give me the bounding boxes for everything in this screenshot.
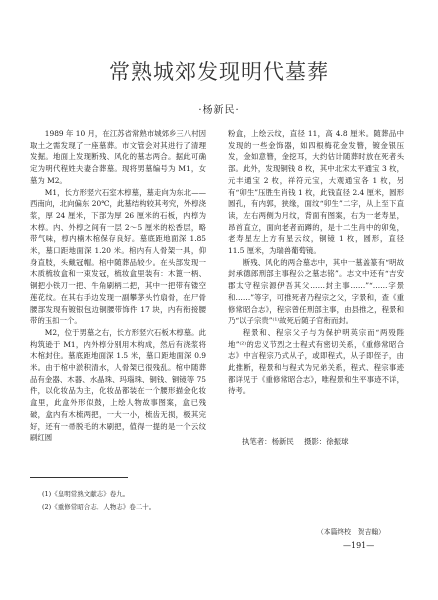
footnote: (1)《皇明常熟文献志》卷九。 bbox=[42, 488, 155, 501]
left-column: 1989 年 10 月，在江苏省常熟市城郊乡三八村因取土之需发现了一座墓葬。市文… bbox=[30, 128, 206, 444]
footnote-divider bbox=[30, 477, 128, 478]
page-number: —191— bbox=[343, 541, 374, 550]
credits-line: 执笔者：杨新民 摄影：徐振球 bbox=[242, 436, 348, 447]
writer-credit: 执笔者：杨新民 bbox=[242, 437, 294, 446]
photographer-credit: 摄影：徐振球 bbox=[304, 437, 348, 446]
paragraph: 断残、风化的两合墓志中，其中一墓盖篆有“明故封承德郎刑部主事程公之墓志铭”。志文… bbox=[228, 257, 404, 327]
article-author: ·杨新民· bbox=[0, 101, 438, 116]
paragraph: M1，长方形竖穴石室木椁墓，墓走向为东北——西南向，北向偏东 20℃，此墓结构较… bbox=[30, 187, 206, 327]
footnotes: (1)《皇明常熟文献志》卷九。 (2)《重修常昭合志．人物志》卷二十。 bbox=[42, 488, 155, 514]
paragraph: 粉盒，上绘云纹，直径 11，高 4.8 厘米。随葬品中发现的一些金饰器，如四根梅… bbox=[228, 128, 404, 257]
article-title: 常熟城郊发现明代墓葬 bbox=[0, 56, 438, 86]
footnote: (2)《重修常昭合志．人物志》卷二十。 bbox=[42, 501, 155, 514]
paragraph: M2，位于男墓之右，长方形竖穴石板木椁墓。此构筑逊于 M1，内外椁分别用木构成，… bbox=[30, 327, 206, 444]
right-column: 粉盒，上绘云纹，直径 11，高 4.8 厘米。随葬品中发现的一些金饰器，如四根梅… bbox=[228, 128, 404, 397]
editor-note: （本篇终校 贺吉翰） bbox=[317, 526, 385, 536]
paragraph: 程景和、程宗父子与为保护明英宗而“两殁陛地”⁽²⁾的忠义节烈之士程式有密切关系，… bbox=[228, 327, 404, 397]
paragraph: 1989 年 10 月，在江苏省常熟市城郊乡三八村因取土之需发现了一座墓葬。市文… bbox=[30, 128, 206, 187]
